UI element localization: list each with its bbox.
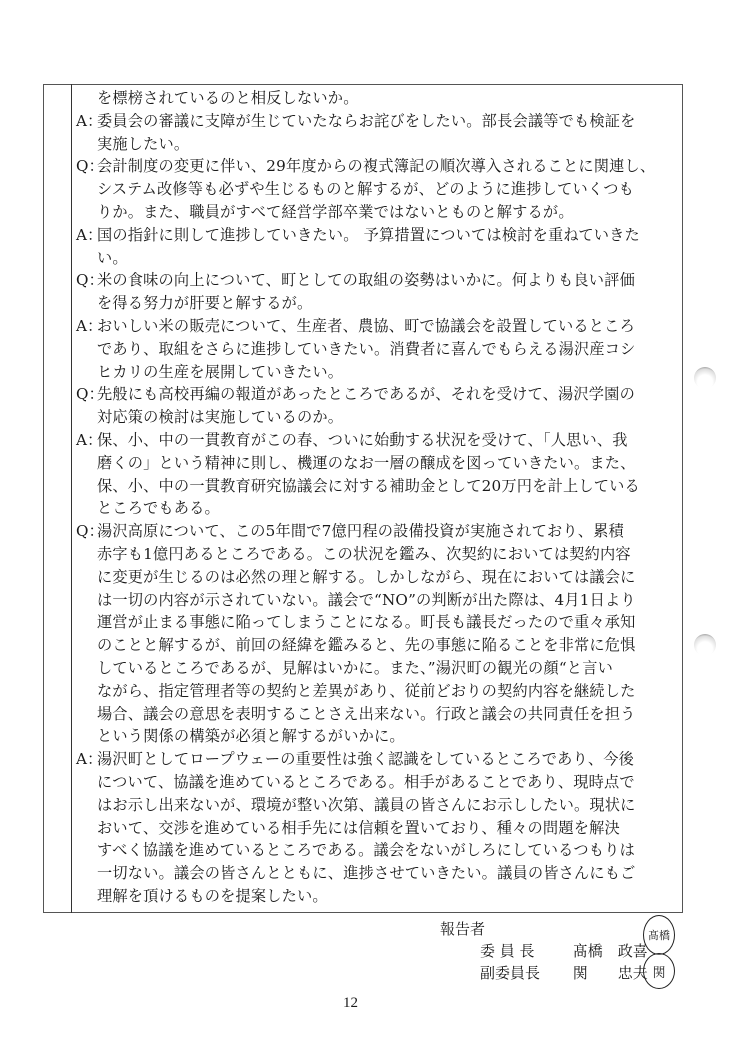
entry-label: A： bbox=[76, 429, 97, 520]
entry-line: に変更が生じるのは必然の理と解する。しかしながら、現在においては議会に bbox=[97, 566, 676, 589]
entry-line: 運営が止まる事態に陥ってしまうことになる。町長も議長だったので重々承知 bbox=[97, 611, 676, 634]
entry-line: について、協議を進めているところである。相手があることであり、現時点で bbox=[97, 771, 676, 794]
hole-punch-icon bbox=[694, 367, 716, 389]
entry-label: Q： bbox=[76, 520, 97, 748]
question-entry: Q：湯沢高原について、この5年間で7億円程の設備投資が実施されており、累積赤字も… bbox=[76, 520, 676, 748]
entry-text: 先般にも高校再編の報道があったところであるが、それを受けて、湯沢学園の対応策の検… bbox=[97, 383, 676, 429]
entry-line: システム改修等も必ずや生じるものと解するが、どのように進捗していくつも bbox=[97, 178, 676, 201]
entry-line: しているところであるが、見解はいかに。また、”湯沢町の観光の顔“と言い bbox=[97, 657, 676, 680]
entry-line: は一切の内容が示されていない。議会で“NO”の判断が出た際は、4月1日より bbox=[97, 589, 676, 612]
reporter-name: 髙橋 政喜 bbox=[573, 942, 648, 960]
seal-stamp-icon: 髙橋 bbox=[643, 915, 675, 955]
seal-stamp-icon: 関 bbox=[643, 953, 675, 989]
entry-label: A： bbox=[76, 748, 97, 908]
entry-line: りか。また、職員がすべて経営学部卒業ではないとものと解するが。 bbox=[97, 201, 676, 224]
entry-line: ヒカリの生産を展開していきたい。 bbox=[97, 361, 676, 384]
entry-line: 国の指針に則して進捗していきたい。 予算措置については検討を重ねていきた bbox=[97, 224, 676, 247]
answer-entry: A：国の指針に則して進捗していきたい。 予算措置については検討を重ねていきたい。 bbox=[76, 224, 676, 270]
entry-line: 磨くの」という精神に則し、機運のなお一層の醸成を図っていきたい。また、 bbox=[97, 452, 676, 475]
entry-line: ところでもある。 bbox=[97, 497, 676, 520]
question-entry: Q：米の食味の向上について、町としての取組の姿勢はいかに。何よりも良い評価を得る… bbox=[76, 269, 676, 315]
entry-line: 対応策の検討は実施しているのか。 bbox=[97, 406, 676, 429]
entry-label: A： bbox=[76, 110, 97, 156]
entry-text: 会計制度の変更に伴い、29年度からの複式簿記の順次導入されることに関連し、システ… bbox=[97, 155, 676, 223]
entry-line: 保、小、中の一貫教育研究協議会に対する補助金として20万円を計上している bbox=[97, 475, 676, 498]
entry-line: 理解を頂けるものを提案したい。 bbox=[97, 885, 676, 908]
entry-line: 赤字も1億円あるところである。この状況を鑑み、次契約においては契約内容 bbox=[97, 543, 676, 566]
entry-label: Q： bbox=[76, 269, 97, 315]
table-column-divider bbox=[71, 84, 72, 913]
page-number: 12 bbox=[343, 995, 358, 1012]
entry-label: A： bbox=[76, 224, 97, 270]
entry-line: という関係の構築が必須と解するがいかに。 bbox=[97, 725, 676, 748]
entry-text: 湯沢高原について、この5年間で7億円程の設備投資が実施されており、累積赤字も1億… bbox=[97, 520, 676, 748]
reporter-row-chair: 委 員 長 髙橋 政喜 bbox=[480, 940, 648, 961]
entry-line: 米の食味の向上について、町としての取組の姿勢はいかに。何よりも良い評価 bbox=[97, 269, 676, 292]
entry-line: ながら、指定管理者等の契約と差異があり、従前どおりの契約内容を継続した bbox=[97, 680, 676, 703]
answer-entry: A：おいしい米の販売について、生産者、農協、町で協議会を設置しているところであり… bbox=[76, 315, 676, 383]
entry-text: おいしい米の販売について、生産者、農協、町で協議会を設置しているところであり、取… bbox=[97, 315, 676, 383]
hole-punch-icon bbox=[694, 634, 716, 656]
reporter-title: 委 員 長 bbox=[480, 940, 568, 961]
entry-text: 委員会の審議に支障が生じていたならお詫びをしたい。部長会議等でも検証を実施したい… bbox=[97, 110, 676, 156]
entry-label: Q： bbox=[76, 155, 97, 223]
entry-line: を得る努力が肝要と解するが。 bbox=[97, 292, 676, 315]
entry-text: 湯沢町としてロープウェーの重要性は強く認識をしているところであり、今後について、… bbox=[97, 748, 676, 908]
reporter-row-vice-chair: 副委員長 関 忠夫 bbox=[480, 962, 648, 983]
qa-content: を標榜されているのと相反しないか。 A：委員会の審議に支障が生じていたならお詫び… bbox=[76, 87, 676, 908]
entry-line: であり、取組をさらに進捗していきたい。消費者に喜んでもらえる湯沢産コシ bbox=[97, 338, 676, 361]
continuation-line: を標榜されているのと相反しないか。 bbox=[76, 87, 676, 110]
answer-entry: A：委員会の審議に支障が生じていたならお詫びをしたい。部長会議等でも検証を実施し… bbox=[76, 110, 676, 156]
entry-text: 米の食味の向上について、町としての取組の姿勢はいかに。何よりも良い評価を得る努力… bbox=[97, 269, 676, 315]
entry-line: すべく協議を進めているところである。議会をないがしろにしているつもりは bbox=[97, 839, 676, 862]
qa-entries: A：委員会の審議に支障が生じていたならお詫びをしたい。部長会議等でも検証を実施し… bbox=[76, 110, 676, 908]
entry-line: い。 bbox=[97, 247, 676, 270]
entry-line: のことと解するが、前回の経緯を鑑みると、先の事態に陥ることを非常に危惧 bbox=[97, 634, 676, 657]
reporter-title: 副委員長 bbox=[480, 962, 568, 983]
entry-text: 国の指針に則して進捗していきたい。 予算措置については検討を重ねていきたい。 bbox=[97, 224, 676, 270]
reporter-name: 関 忠夫 bbox=[573, 964, 648, 982]
entry-line: 先般にも高校再編の報道があったところであるが、それを受けて、湯沢学園の bbox=[97, 383, 676, 406]
entry-line: 湯沢町としてロープウェーの重要性は強く認識をしているところであり、今後 bbox=[97, 748, 676, 771]
entry-line: 場合、議会の意思を表明することさえ出来ない。行政と議会の共同責任を担う bbox=[97, 703, 676, 726]
entry-label: Q： bbox=[76, 383, 97, 429]
entry-line: 保、小、中の一貫教育がこの春、ついに始動する状況を受けて、「人思い、我 bbox=[97, 429, 676, 452]
entry-label: A： bbox=[76, 315, 97, 383]
entry-line: 実施したい。 bbox=[97, 133, 676, 156]
entry-line: おいて、交渉を進めている相手先には信頼を置いており、種々の問題を解決 bbox=[97, 817, 676, 840]
entry-line: はお示し出来ないが、環境が整い次第、議員の皆さんにお示ししたい。現状に bbox=[97, 794, 676, 817]
entry-line: 会計制度の変更に伴い、29年度からの複式簿記の順次導入されることに関連し、 bbox=[97, 155, 676, 178]
reporter-heading: 報告者 bbox=[440, 918, 485, 940]
entry-line: 湯沢高原について、この5年間で7億円程の設備投資が実施されており、累積 bbox=[97, 520, 676, 543]
answer-entry: A：保、小、中の一貫教育がこの春、ついに始動する状況を受けて、「人思い、我磨くの… bbox=[76, 429, 676, 520]
question-entry: Q：先般にも高校再編の報道があったところであるが、それを受けて、湯沢学園の対応策… bbox=[76, 383, 676, 429]
entry-line: 委員会の審議に支障が生じていたならお詫びをしたい。部長会議等でも検証を bbox=[97, 110, 676, 133]
answer-entry: A：湯沢町としてロープウェーの重要性は強く認識をしているところであり、今後につい… bbox=[76, 748, 676, 908]
entry-line: 一切ない。議会の皆さんとともに、進捗させていきたい。議員の皆さんにもご bbox=[97, 862, 676, 885]
question-entry: Q：会計制度の変更に伴い、29年度からの複式簿記の順次導入されることに関連し、シ… bbox=[76, 155, 676, 223]
entry-text: 保、小、中の一貫教育がこの春、ついに始動する状況を受けて、「人思い、我磨くの」と… bbox=[97, 429, 676, 520]
entry-line: おいしい米の販売について、生産者、農協、町で協議会を設置しているところ bbox=[97, 315, 676, 338]
